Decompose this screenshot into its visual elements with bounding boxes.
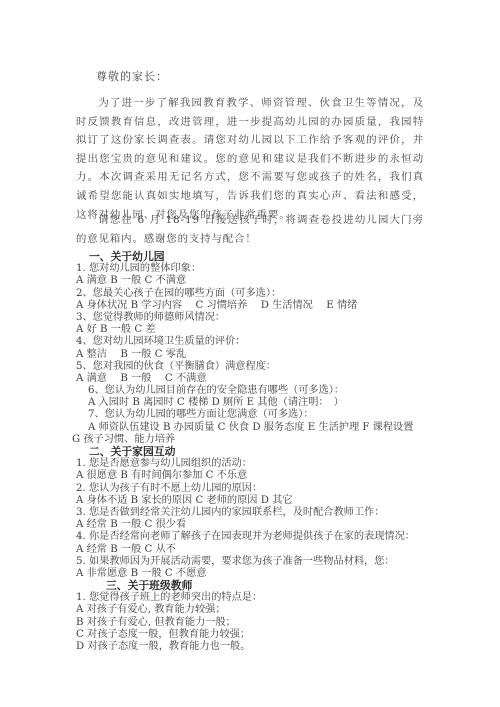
- options-2-2: A 身体不适 B 家长的原因 C 老师的原因 D 其它: [76, 495, 436, 507]
- question-1-5: 5、您对我园的伙食（平衡膳食）满意程度：: [76, 361, 436, 373]
- question-1-3: 3、您觉得教师的师德师风情况：: [76, 312, 436, 324]
- option-3-1-d: D 对孩子态度一般，教育能力也一般。: [76, 641, 436, 653]
- intro-text: 为了进一步了解我园教育教学、师资管理、伙食卫生等情况，及时反馈教育信息，改进管理…: [76, 97, 424, 221]
- survey-questions: 一、关于幼儿园 1. 您对幼儿园的整体印象： A 满意 B 一般 C 不满意 2…: [76, 251, 436, 653]
- question-1-1: 1. 您对幼儿园的整体印象：: [76, 263, 436, 275]
- question-2-5: 5. 如果教师因为开展活动需要，要求您为孩子准备一些物品材料，您：: [76, 556, 436, 568]
- option-3-1-c: C 对孩子态度一般，但教育能力较强；: [76, 629, 436, 641]
- intro-paragraph: 为了进一步了解我园教育教学、师资管理、伙食卫生等情况，及时反馈教育信息，改进管理…: [76, 94, 424, 224]
- question-1-2: 2、您最关心孩子在园的哪些方面（可多选）：: [76, 288, 436, 300]
- options-2-4: A 经常 B 一般 C 从不: [76, 544, 436, 556]
- section-title-class-teachers: 三、关于班级教师: [76, 580, 436, 592]
- options-1-4: A 整洁 B 一般 C 零乱: [76, 349, 436, 361]
- options-1-3: A 好 B 一般 C 差: [76, 324, 436, 336]
- option-3-1-a: A 对孩子有爱心, 教育能力较强；: [76, 604, 436, 616]
- options-1-7: A 师资队伍建设 B 办园质量 C 伙食 D 服务态度 E 生活护理 F 课程设…: [76, 422, 436, 434]
- question-1-7: 7、您认为幼儿园的哪些方面让您满意（可多选）：: [76, 409, 436, 421]
- notice-paragraph: 请您在 6 月 18-19 日接送孩子时，将调查卷投进幼儿园大门旁的意见箱内。感…: [76, 211, 424, 248]
- survey-document: 尊敬的家长： 为了进一步了解我园教育教学、师资管理、伙食卫生等情况，及时反馈教育…: [0, 0, 500, 707]
- options-1-6: A 入园时 B 离园时 C 楼梯 D 厕所 E 其他（请注明： ）: [76, 397, 436, 409]
- section-title-kindergarten: 一、关于幼儿园: [76, 251, 436, 263]
- question-1-6: 6、您认为幼儿园目前存在的安全隐患有哪些（可多选）：: [76, 385, 436, 397]
- question-2-1: 1. 您是否愿意参与幼儿园组织的活动：: [76, 458, 436, 470]
- option-3-1-b: B 对孩子有爱心, 但教育能力一般；: [76, 617, 436, 629]
- question-1-4: 4、您对幼儿园环境卫生质量的评价：: [76, 336, 436, 348]
- question-2-4: 4. 你是否经常向老师了解孩子在园表现并为老师提供孩子在家的表现情况：: [76, 531, 436, 543]
- options-1-1: A 满意 B 一般 C 不满意: [76, 275, 436, 287]
- notice-text: 请您在 6 月 18-19 日接送孩子时，将调查卷投进幼儿园大门旁的意见箱内。感…: [76, 214, 424, 245]
- question-2-3: 3. 您是否做到经常关注幼儿园内的家园联系栏，及时配合教师工作：: [76, 507, 436, 519]
- question-2-2: 2. 您认为孩子有时不愿上幼儿园的原因：: [76, 483, 436, 495]
- options-2-3: A 经常 B 一般 C 很少看: [76, 519, 436, 531]
- options-1-2: A 身体状况 B 学习内容 C 习惯培养 D 生活情况 E 情绪: [76, 300, 436, 312]
- question-3-1: 1. 您觉得孩子班上的老师突出的特点是：: [76, 592, 436, 604]
- section-title-home-school: 二、关于家园互动: [76, 446, 436, 458]
- options-1-5: A 满意 B 一般 C 不满意: [76, 373, 436, 385]
- greeting: 尊敬的家长：: [96, 68, 168, 84]
- options-2-1: A 很愿意 B 有时间偶尔参加 C 不乐意: [76, 470, 436, 482]
